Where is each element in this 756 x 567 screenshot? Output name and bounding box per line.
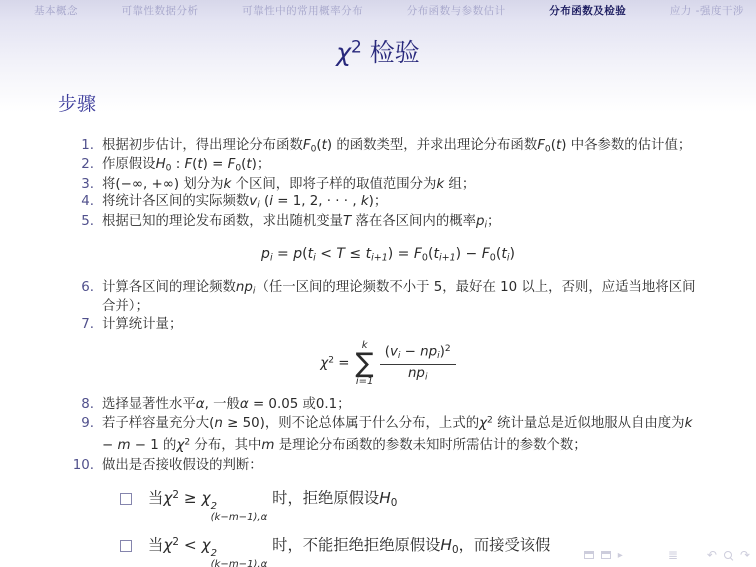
step-7: 7. 计算统计量； — [70, 316, 706, 333]
step-number: 9. — [70, 413, 94, 456]
section-list-icon[interactable]: ≣ — [668, 548, 678, 562]
step-number: 6. — [70, 279, 94, 316]
slide-subtitle: 步骤 — [58, 89, 756, 116]
fraction-denominator: npi — [408, 365, 428, 384]
fraction-numerator: (vi − npi)2 — [380, 344, 456, 364]
nav-item-stress-strength[interactable]: 应力 -强度干涉 — [670, 3, 744, 18]
step-text: 作原假设H0 : F(t) = F0(t)； — [102, 156, 706, 175]
nav-item-reliability-data[interactable]: 可靠性数据分析 — [122, 3, 199, 18]
step-4: 4. 将统计各区间的实际频数vi (i = 1, 2, · · · , k)； — [70, 193, 706, 212]
step-number: 5. — [70, 213, 94, 232]
slide-title: χ2 检验 — [0, 33, 756, 69]
step-number: 2. — [70, 156, 94, 175]
judgment-text: 当χ2 < χ2(k−m−1),α 时，不能拒绝拒绝原假设H0，而接受该假 — [148, 533, 550, 567]
step-number: 8. — [70, 396, 94, 413]
step-text: 计算统计量； — [102, 316, 706, 333]
slide-icon[interactable] — [584, 551, 594, 559]
beamer-nav-symbols: ▸ ≣ ↶ ↷ — [584, 548, 750, 562]
forward-icon[interactable]: ↷ — [740, 548, 750, 562]
sigma-symbol: ∑ — [356, 351, 374, 377]
step-6: 6. 计算各区间的理论频数npi（任一区间的理论频数不小于 5，最好在 10 以… — [70, 279, 706, 316]
steps-list: 1. 根据初步估计，得出理论分布函数F0(t) 的函数类型，并求出理论分布函数F… — [70, 137, 706, 474]
sum-lower-limit: i=1 — [356, 377, 374, 387]
step-text: 将(−∞, +∞) 划分为k 个区间，即将子样的取值范围分为k 组； — [102, 176, 706, 193]
step-3: 3. 将(−∞, +∞) 划分为k 个区间，即将子样的取值范围分为k 组； — [70, 176, 706, 193]
nav-item-common-distributions[interactable]: 可靠性中的常用概率分布 — [242, 3, 363, 18]
step-1: 1. 根据初步估计，得出理论分布函数F0(t) 的函数类型，并求出理论分布函数F… — [70, 137, 706, 156]
fraction: (vi − npi)2 npi — [380, 344, 456, 383]
frame-icon[interactable] — [601, 551, 611, 559]
nav-item-basic-concepts[interactable]: 基本概念 — [34, 3, 78, 18]
step-5: 5. 根据已知的理论发布函数，求出随机变量T 落在各区间内的概率pi； — [70, 213, 706, 232]
chi-square-formula: χ2 = k ∑ i=1 (vi − npi)2 npi — [70, 341, 706, 387]
judgment-reject: 当χ2 ≥ χ2(k−m−1),α 时，拒绝原假设H0 — [120, 486, 756, 524]
sum-operator: k ∑ i=1 — [356, 341, 374, 387]
probability-formula: pi = p(ti < T ≤ ti+1) = F0(ti+1) − F0(ti… — [70, 245, 706, 265]
step-text: 根据初步估计，得出理论分布函数F0(t) 的函数类型，并求出理论分布函数F0(t… — [102, 137, 706, 156]
step-text: 将统计各区间的实际频数vi (i = 1, 2, · · · , k)； — [102, 193, 706, 212]
back-icon[interactable]: ↶ — [707, 548, 717, 562]
checkbox-icon — [120, 493, 132, 505]
step-number: 4. — [70, 193, 94, 212]
nav-item-distribution-test[interactable]: 分布函数及检验 — [549, 3, 626, 18]
search-icon[interactable] — [724, 551, 733, 560]
step-number: 3. — [70, 176, 94, 193]
step-text: 做出是否接收假设的判断： — [102, 457, 706, 474]
step-10: 10. 做出是否接收假设的判断： — [70, 457, 706, 474]
step-text: 若子样容量充分大(n ≥ 50)，则不论总体属于什么分布，上式的χ2 统计量总是… — [102, 413, 706, 456]
step-text: 计算各区间的理论频数npi（任一区间的理论频数不小于 5，最好在 10 以上，否… — [102, 279, 706, 316]
chi-square-lhs: χ2 = — [320, 355, 349, 372]
nav-item-param-estimation[interactable]: 分布函数与参数估计 — [407, 3, 506, 18]
step-number: 7. — [70, 316, 94, 333]
section-nav-bar: 基本概念 可靠性数据分析 可靠性中的常用概率分布 分布函数与参数估计 分布函数及… — [0, 0, 756, 20]
step-number: 10. — [70, 457, 94, 474]
step-9: 9. 若子样容量充分大(n ≥ 50)，则不论总体属于什么分布，上式的χ2 统计… — [70, 413, 706, 456]
step-number: 1. — [70, 137, 94, 156]
checkbox-icon — [120, 540, 132, 552]
step-text: 根据已知的理论发布函数，求出随机变量T 落在各区间内的概率pi； — [102, 213, 706, 232]
step-8: 8. 选择显著性水平α, 一般α = 0.05 或0.1； — [70, 396, 706, 413]
judgment-text: 当χ2 ≥ χ2(k−m−1),α 时，拒绝原假设H0 — [148, 486, 397, 524]
step-text: 选择显著性水平α, 一般α = 0.05 或0.1； — [102, 396, 706, 413]
step-2: 2. 作原假设H0 : F(t) = F0(t)； — [70, 156, 706, 175]
forward-triangle-icon[interactable]: ▸ — [618, 550, 623, 561]
